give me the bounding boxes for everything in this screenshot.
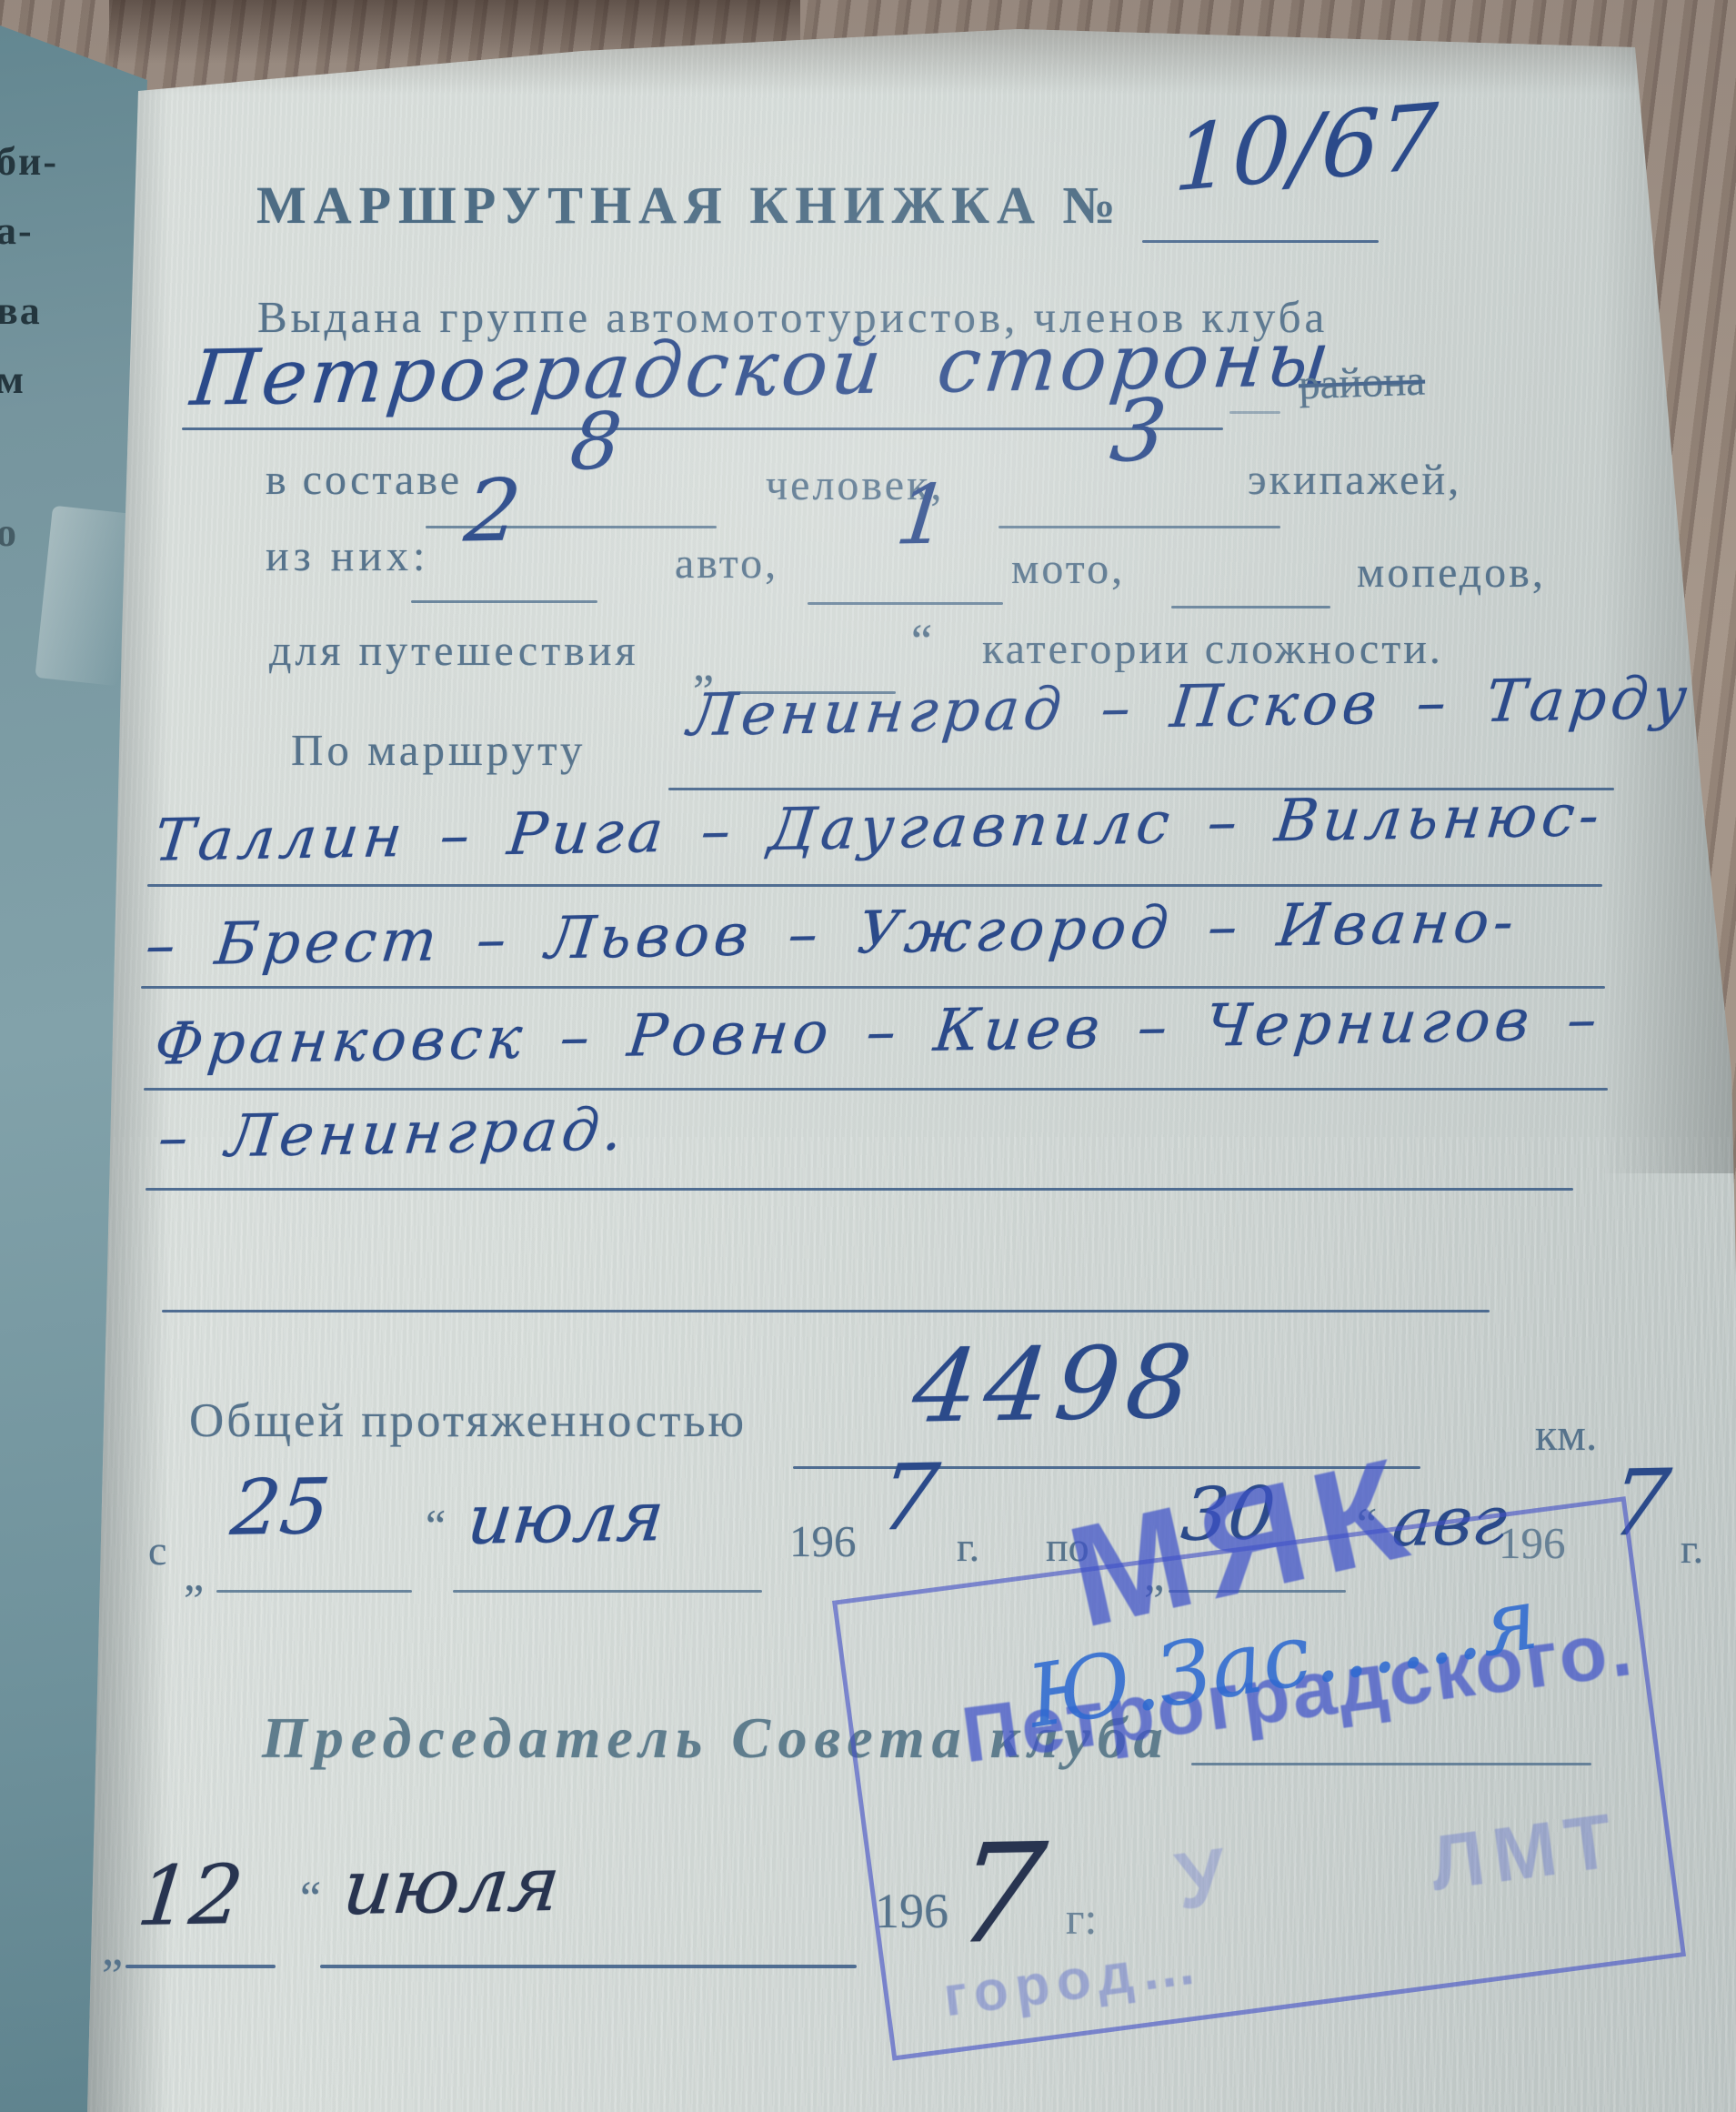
cover-text-fragment: о xyxy=(0,509,18,556)
cover-text-fragment: би- xyxy=(0,138,58,185)
cover-text-fragment: ва xyxy=(0,287,42,334)
photo-glare xyxy=(0,0,1736,2112)
photo-of-route-book: би- а- ва м о МАРШРУТНАЯ КНИЖКА № 10/67 … xyxy=(0,0,1736,2112)
cover-text-fragment: а- xyxy=(0,207,34,254)
document-page: МАРШРУТНАЯ КНИЖКА № 10/67 Выдана группе … xyxy=(0,0,1736,2112)
cover-text-fragment: м xyxy=(0,357,25,403)
